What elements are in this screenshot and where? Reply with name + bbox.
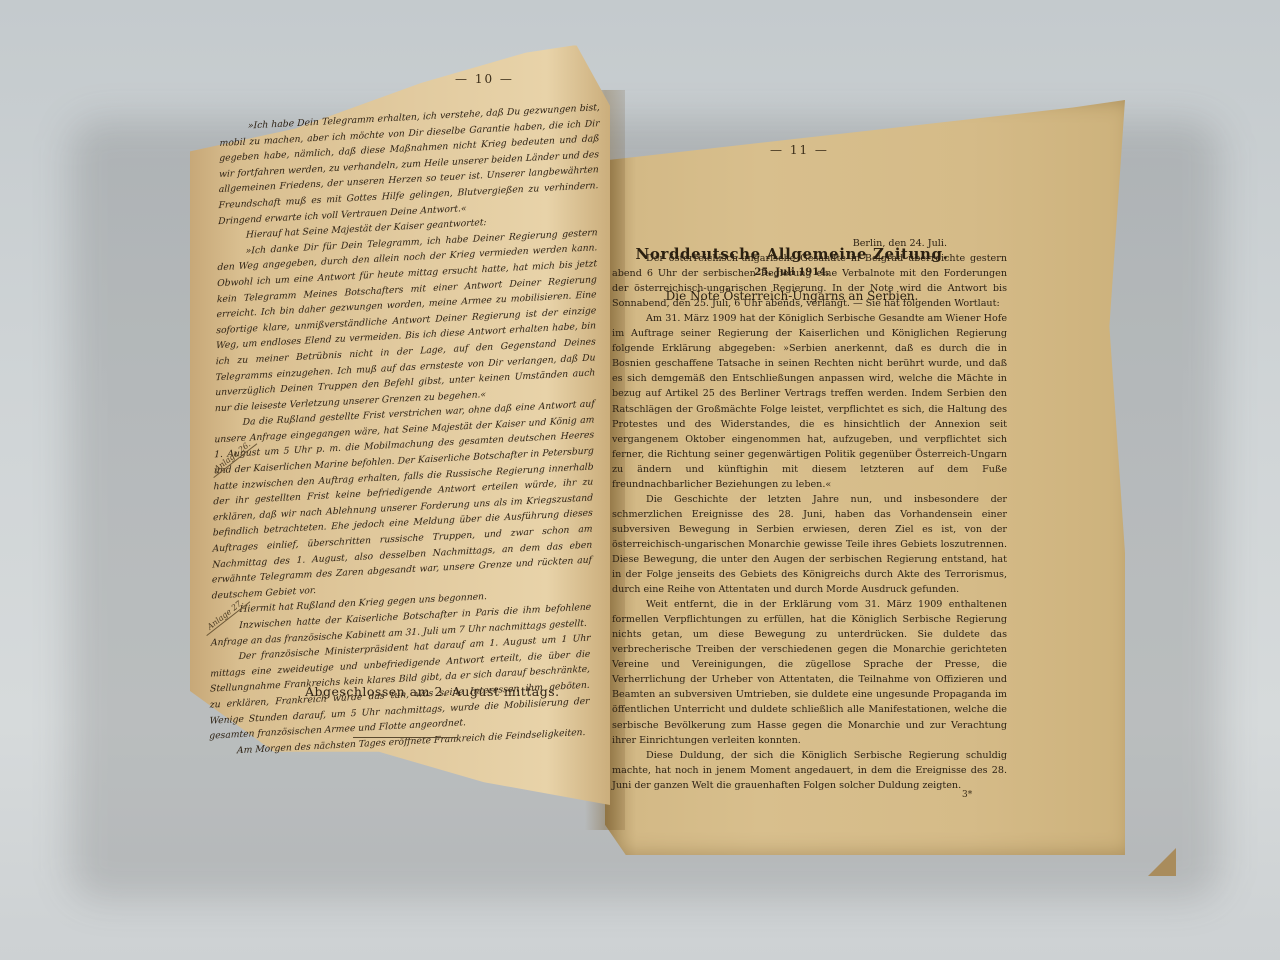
- left-page-content: — 10 — »Ich habe Dein Telegramm erhalten…: [205, 70, 605, 770]
- page-number-left: — 10 —: [455, 72, 514, 86]
- paragraph: Die Geschichte der letzten Jahre nun, un…: [612, 492, 1007, 597]
- paragraph: »Ich habe Dein Telegramm erhalten, ich v…: [218, 100, 600, 229]
- signature-mark: 3*: [962, 790, 972, 800]
- torn-corner: [1148, 848, 1176, 876]
- paragraph: Da die Rußland gestellte Frist verstrich…: [212, 397, 595, 604]
- dateline: Berlin, den 24. Juli.: [612, 236, 1007, 251]
- paragraph: Am 31. März 1909 hat der Königlich Serbi…: [612, 311, 1007, 492]
- closing-rule: [353, 737, 458, 738]
- left-page-body: »Ich habe Dein Telegramm erhalten, ich v…: [209, 100, 600, 760]
- right-page-body: Berlin, den 24. Juli. Der österreichisch…: [612, 236, 1007, 793]
- paragraph: Weit entfernt, die in der Erklärung vom …: [612, 597, 1007, 747]
- closing-line: Abgeschlossen am 2. August mittags.: [305, 684, 560, 699]
- paragraph: Der österreichisch-ungarische Gesandte i…: [612, 251, 1007, 311]
- right-page-content: — 11 — Norddeutsche Allgemeine Zeitung. …: [612, 140, 1132, 840]
- paragraph: Diese Duldung, der sich die Königlich Se…: [612, 748, 1007, 793]
- paragraph: »Ich danke Dir für Dein Telegramm, ich h…: [215, 225, 598, 417]
- page-number-right: — 11 —: [770, 143, 829, 157]
